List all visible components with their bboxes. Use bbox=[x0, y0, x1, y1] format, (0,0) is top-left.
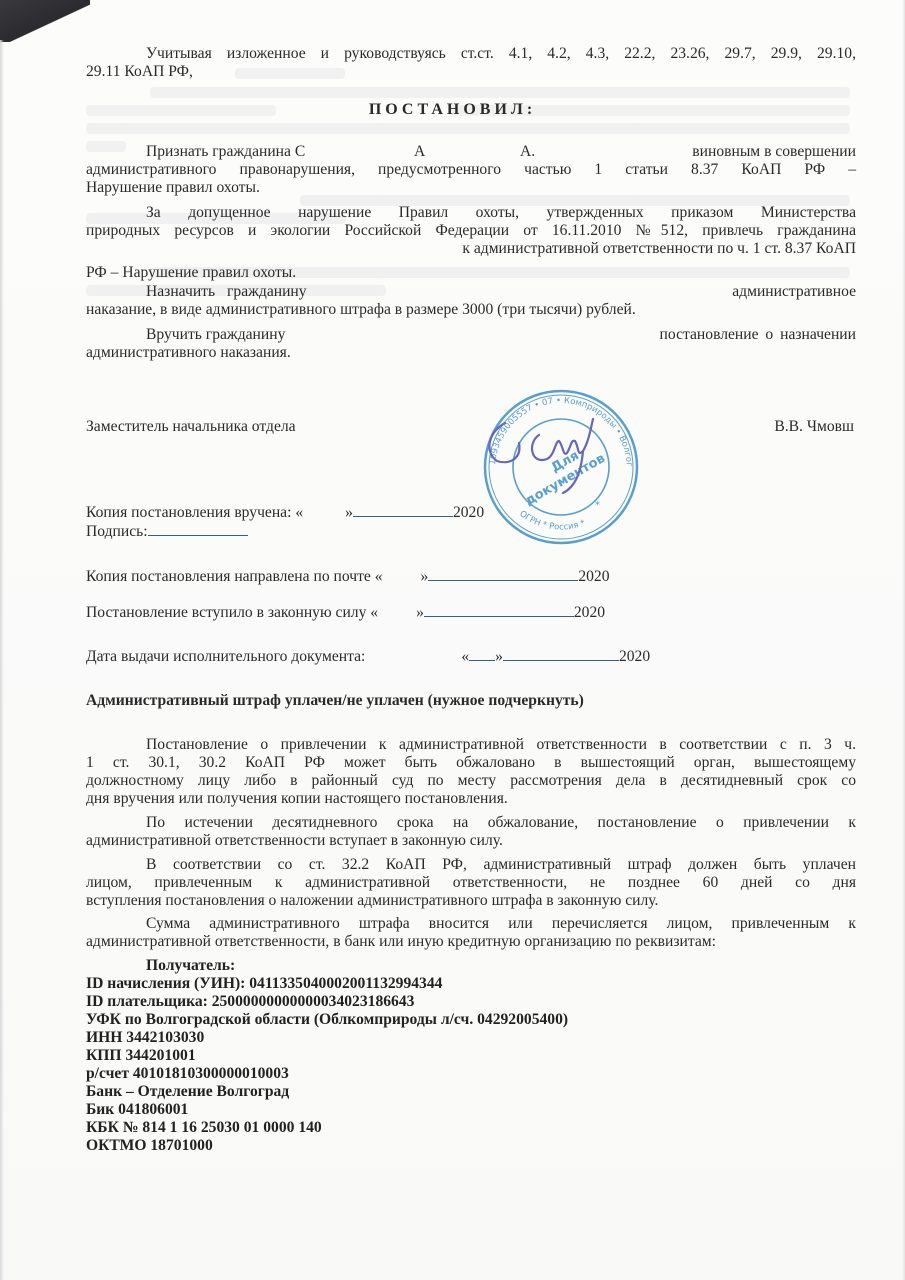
p4-end: постановление о назначении bbox=[560, 326, 856, 344]
appeal-line: должностному лицу либо в районный суд по… bbox=[86, 772, 856, 790]
signature-text: Подпись: bbox=[86, 523, 148, 540]
p1-initial: А. bbox=[520, 143, 535, 161]
quote-close: » bbox=[495, 648, 503, 665]
date-blank[interactable] bbox=[353, 516, 453, 517]
signatory-position: Заместитель начальника отдела bbox=[86, 418, 296, 436]
intro-line: 29.11 КоАП РФ, bbox=[86, 63, 193, 81]
svg-text:*: * bbox=[595, 500, 600, 511]
copy-mailed-row: Копия постановления направлена по почте … bbox=[86, 568, 610, 586]
effect-line: административной ответственности вступае… bbox=[86, 832, 503, 850]
day-blank[interactable] bbox=[469, 660, 495, 661]
p1-line: Нарушение правил охоты. bbox=[86, 179, 260, 197]
appeal-line: 1 ст. 30.1, 30.2 КоАП РФ может быть обжа… bbox=[86, 754, 856, 772]
signature-label: Подпись: bbox=[86, 523, 248, 541]
p2-line: РФ – Нарушение правил охоты. bbox=[86, 264, 296, 282]
requisite-uin: ID начисления (УИН): 0411335040002001132… bbox=[86, 975, 442, 993]
requisite-bik: Бик 041806001 bbox=[86, 1101, 188, 1119]
p1-initial: А bbox=[414, 143, 425, 161]
year-text: 2020 bbox=[453, 504, 484, 521]
requisite-kbk: КБК № 814 1 16 25030 01 0000 140 bbox=[86, 1119, 322, 1137]
copy-handed-text: Копия постановления вручена: « bbox=[86, 504, 303, 521]
quote-close: » bbox=[345, 504, 353, 521]
requisite-bank: Банк – Отделение Волгоград bbox=[86, 1083, 289, 1101]
appeal-line: дня вручения или получения копии настоящ… bbox=[86, 790, 508, 808]
p1-line: административного правонарушения, предус… bbox=[86, 161, 856, 179]
p3-line: наказание, в виде административного штра… bbox=[86, 301, 636, 319]
document-page: Учитывая изложенное и руководствуясь ст.… bbox=[0, 0, 905, 1280]
p4-line: административного наказания. bbox=[86, 344, 291, 362]
copy-handed-label: Копия постановления вручена: «»2020 bbox=[86, 504, 484, 522]
appeal-line: Постановление о привлечении к администра… bbox=[86, 736, 856, 754]
payment-term-line: вступления постановления о наложении адм… bbox=[86, 892, 658, 910]
date-blank[interactable] bbox=[428, 580, 578, 581]
issue-date-row: Дата выдачи исполнительного документа:«»… bbox=[86, 648, 650, 666]
recipient-label: Получатель: bbox=[146, 957, 235, 975]
folded-corner bbox=[0, 0, 90, 42]
payment-how-line: административной ответственности, в банк… bbox=[86, 933, 716, 951]
effective-row: Постановление вступило в законную силу «… bbox=[86, 604, 605, 622]
intro-line: Учитывая изложенное и руководствуясь ст.… bbox=[86, 45, 856, 63]
p3-end: административное bbox=[600, 283, 856, 301]
payment-how-line: Сумма административного штрафа вносится … bbox=[86, 915, 856, 933]
requisite-oktmo: ОКТМО 18701000 bbox=[86, 1137, 213, 1155]
signature-blank[interactable] bbox=[148, 535, 248, 536]
payment-term-line: В соответствии со ст. 32.2 КоАП РФ, адми… bbox=[86, 856, 856, 874]
quote-close: » bbox=[416, 604, 424, 621]
requisite-payer-id: ID плательщика: 250000000000000340231866… bbox=[86, 993, 414, 1011]
year-text: 2020 bbox=[578, 568, 609, 585]
requisite-inn: ИНН 3442103030 bbox=[86, 1029, 204, 1047]
date-blank[interactable] bbox=[424, 616, 574, 617]
p2-line: За допущенное нарушение Правил охоты, ут… bbox=[86, 204, 856, 222]
p1-end: виновным в совершении bbox=[651, 143, 856, 161]
issue-date-text: Дата выдачи исполнительного документа: bbox=[86, 648, 365, 665]
month-blank[interactable] bbox=[503, 660, 619, 661]
official-stamp-icon: 1093459005557 • 07 • Комприроды • Волгог… bbox=[467, 383, 653, 545]
p2-line: природных ресурсов и экологии Российской… bbox=[86, 222, 856, 240]
year-text: 2020 bbox=[574, 604, 605, 621]
payment-term-line: лицом, привлеченным к административной о… bbox=[86, 874, 856, 892]
fine-status: Административный штраф уплачен/не уплаче… bbox=[86, 692, 584, 710]
p2-line: к административной ответственности по ч.… bbox=[0, 240, 856, 258]
requisite-account: р/счет 40101810300000010003 bbox=[86, 1065, 289, 1083]
year-text: 2020 bbox=[619, 648, 650, 665]
requisite-ufk: УФК по Волгоградской области (Облкомприр… bbox=[86, 1011, 568, 1029]
effective-text: Постановление вступило в законную силу « bbox=[86, 604, 378, 621]
requisite-kpp: КПП 344201001 bbox=[86, 1047, 196, 1065]
quote-open: « bbox=[461, 648, 469, 665]
page-edge-shadow bbox=[0, 40, 4, 1280]
p1-start: Признать гражданина С bbox=[146, 143, 305, 161]
quote-close: » bbox=[421, 568, 429, 585]
page-title: ПОСТАНОВИЛ: bbox=[0, 101, 905, 119]
signatory-name: В.В. Чмовш bbox=[700, 418, 854, 436]
p4-start: Вручить гражданину bbox=[146, 326, 285, 344]
effect-line: По истечении десятидневного срока на обж… bbox=[86, 814, 856, 832]
p3-start: Назначить гражданину bbox=[146, 283, 307, 301]
copy-mailed-text: Копия постановления направлена по почте … bbox=[86, 568, 383, 585]
